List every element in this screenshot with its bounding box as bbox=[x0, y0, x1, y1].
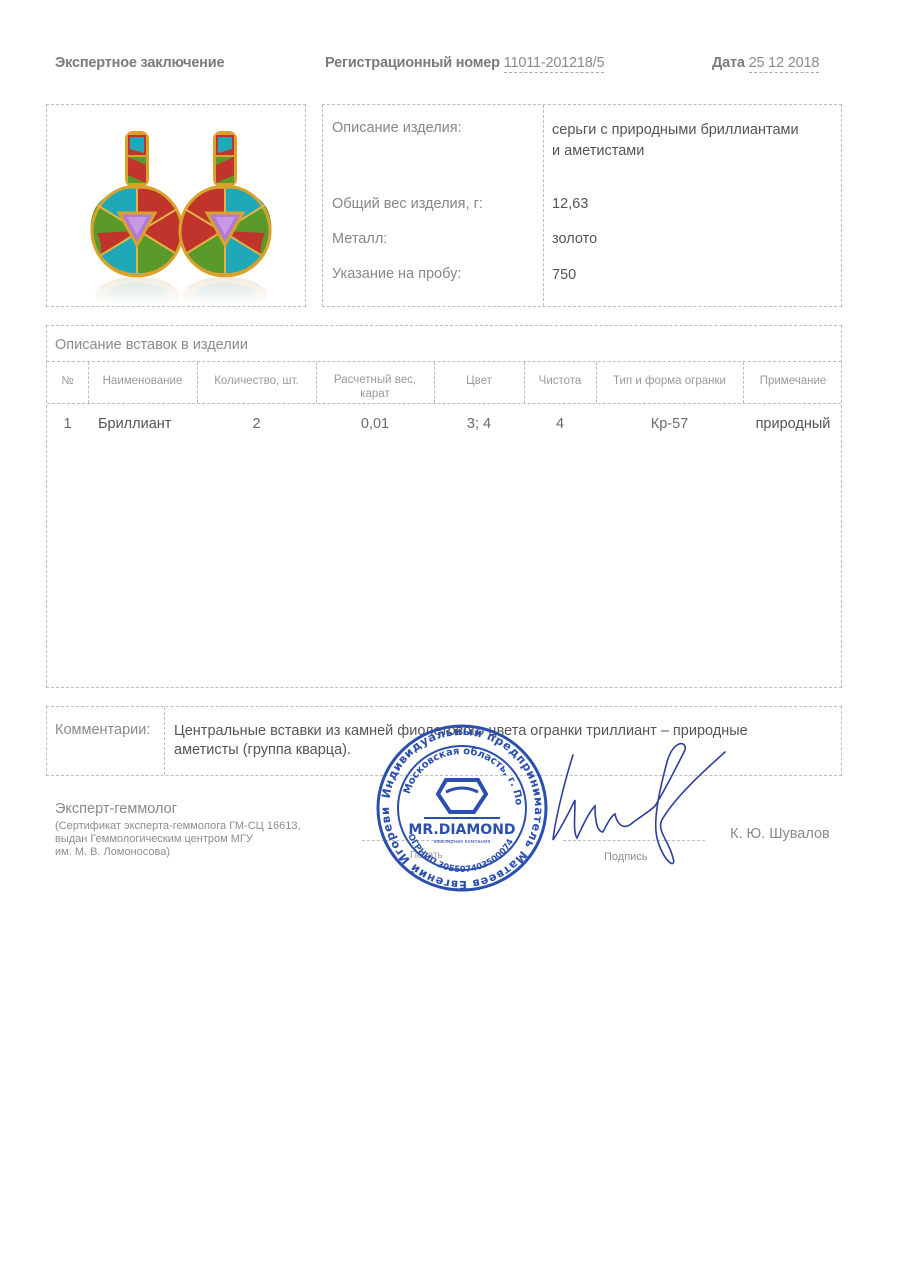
cell-weight: 0,01 bbox=[316, 416, 434, 432]
cell-clarity: 4 bbox=[524, 416, 596, 432]
col-header-clarity: Чистота bbox=[524, 362, 596, 404]
expert-certificate: (Сертификат эксперта-геммолога ГМ-СЦ 166… bbox=[55, 820, 301, 859]
description-label: Описание изделия: bbox=[332, 120, 462, 136]
inserts-table: Описание вставок в изделии № Наименовани… bbox=[46, 325, 842, 688]
col-header-quantity: Количество, шт. bbox=[197, 362, 316, 404]
inserts-title: Описание вставок в изделии bbox=[55, 337, 248, 353]
col-header-weight-line1: Расчетный вес, bbox=[334, 373, 416, 387]
stamp-brand-sub: ювелирная компания bbox=[434, 839, 491, 845]
cell-cut: Кр-57 bbox=[596, 416, 743, 432]
earrings-image bbox=[47, 105, 305, 306]
registration-value: 11011-201218/5 bbox=[504, 55, 605, 73]
product-info-panel: Описание изделия: серьги с природными бр… bbox=[322, 104, 842, 307]
comments-divider bbox=[164, 707, 165, 775]
col-header-cut: Тип и форма огранки bbox=[596, 362, 743, 404]
cell-name: Бриллиант bbox=[98, 416, 171, 432]
registration-label: Регистрационный номер bbox=[325, 55, 500, 71]
col-header-color: Цвет bbox=[434, 362, 524, 404]
metal-label: Металл: bbox=[332, 231, 387, 247]
description-value: серьги с природными бриллиантами и амети… bbox=[552, 120, 799, 162]
expert-name: К. Ю. Шувалов bbox=[730, 826, 830, 842]
diamond-logo-icon bbox=[424, 780, 500, 818]
company-stamp: Индивидуальный предприниматель Матвеев Е… bbox=[374, 722, 550, 894]
col-header-number: № bbox=[47, 362, 88, 404]
description-value-line2: и аметистами bbox=[552, 141, 799, 162]
cell-number: 1 bbox=[47, 416, 88, 432]
date-label: Дата bbox=[712, 55, 745, 71]
info-column-divider bbox=[543, 105, 544, 306]
col-header-weight: Расчетный вес, карат bbox=[316, 362, 434, 404]
signature bbox=[545, 740, 735, 880]
stamp-brand: MR.DIAMOND bbox=[408, 822, 515, 838]
col-header-weight-line2: карат bbox=[360, 387, 390, 401]
comments-label: Комментарии: bbox=[55, 722, 150, 738]
certificate-line1: (Сертификат эксперта-геммолога ГМ-СЦ 166… bbox=[55, 820, 301, 833]
document-date: Дата 25 12 2018 bbox=[712, 55, 819, 71]
hallmark-value: 750 bbox=[552, 265, 576, 286]
cell-note: природный bbox=[743, 416, 843, 432]
cell-quantity: 2 bbox=[197, 416, 316, 432]
col-header-name: Наименование bbox=[88, 362, 197, 404]
cell-color: 3; 4 bbox=[434, 416, 524, 432]
certificate-line2: выдан Геммологическим центром МГУ bbox=[55, 833, 301, 846]
description-value-line1: серьги с природными бриллиантами bbox=[552, 120, 799, 141]
weight-label: Общий вес изделия, г: bbox=[332, 196, 483, 212]
weight-value: 12,63 bbox=[552, 194, 588, 215]
expert-title: Эксперт-геммолог bbox=[55, 801, 177, 817]
registration-number: Регистрационный номер 11011-201218/5 bbox=[325, 55, 604, 71]
product-photo bbox=[46, 104, 306, 307]
document-title: Экспертное заключение bbox=[55, 55, 224, 71]
col-header-note: Примечание bbox=[743, 362, 843, 404]
hallmark-label: Указание на пробу: bbox=[332, 266, 461, 282]
certificate-line3: им. М. В. Ломоносова) bbox=[55, 846, 301, 859]
date-value: 25 12 2018 bbox=[749, 55, 820, 73]
metal-value: золото bbox=[552, 229, 597, 250]
